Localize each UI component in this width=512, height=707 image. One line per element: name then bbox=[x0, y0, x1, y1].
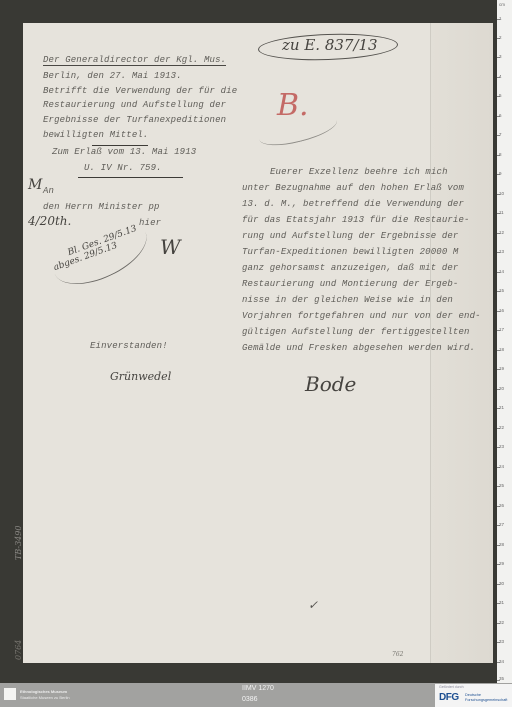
ruler-mark: 13 bbox=[499, 249, 504, 254]
funder-name-line-2: Forschungsgemeinschaft bbox=[465, 698, 507, 703]
funder-caption: Gefördert durch bbox=[439, 685, 464, 689]
reference-number: U. IV Nr. 759. bbox=[84, 163, 162, 173]
dfg-funder-badge: Gefördert durch DFG Deutsche Forschungsg… bbox=[435, 684, 512, 707]
body-line-3: 13. d. M., betreffend die Verwendung der bbox=[242, 199, 464, 209]
ruler-mark: 2 bbox=[499, 35, 502, 40]
body-line-8: Restaurierung und Montierung der Ergeb- bbox=[242, 279, 458, 289]
ruler-mark: 4 bbox=[499, 74, 502, 79]
ruler-mark: 7 bbox=[499, 132, 502, 137]
ruler-mark: 3 bbox=[499, 54, 502, 59]
addressee-line-3: hier bbox=[139, 218, 161, 228]
dfg-logo-icon: DFG bbox=[439, 692, 459, 703]
ruler-mark: 25 bbox=[499, 483, 504, 488]
body-line-6: Turfan-Expeditionen bewilligten 20000 M bbox=[242, 247, 458, 257]
subject-line-2: Restaurierung und Aufstellung der bbox=[43, 100, 226, 110]
ruler-mark: 26 bbox=[499, 503, 504, 508]
funder-name: Deutsche Forschungsgemeinschaft bbox=[465, 693, 507, 702]
ruler-mark: 18 bbox=[499, 347, 504, 352]
place-date: Berlin, den 27. Mai 1913. bbox=[43, 71, 182, 81]
ruler-mark: 9 bbox=[499, 171, 502, 176]
approval-signature: Grünwedel bbox=[110, 370, 171, 383]
ruler-mark: 32 bbox=[499, 620, 504, 625]
institution-parent: Staatliche Museen zu Berlin bbox=[20, 695, 70, 700]
subject-line-1: Betrifft die Verwendung der für die bbox=[43, 86, 237, 96]
body-line-1: Euerer Exzellenz beehre ich mich bbox=[270, 167, 448, 177]
ruler-mark: 35 bbox=[499, 676, 504, 681]
body-line-4: für das Etatsjahr 1913 für die Restaurie… bbox=[242, 215, 470, 225]
ruler-unit: cm bbox=[499, 2, 505, 7]
ruler-mark: 27 bbox=[499, 522, 504, 527]
ruler-mark: 15 bbox=[499, 288, 504, 293]
margin-mark-2: 4/20th. bbox=[28, 214, 71, 228]
addressee-line-2: den Herrn Minister pp bbox=[43, 202, 160, 212]
addressee-line-1: An bbox=[43, 186, 54, 196]
ruler-mark: 17 bbox=[499, 327, 504, 332]
initials-mark: W bbox=[160, 235, 181, 259]
ruler-mark: 1 bbox=[499, 16, 502, 21]
approval-text: Einverstanden! bbox=[90, 341, 168, 351]
ruler-mark: 14 bbox=[499, 269, 504, 274]
page-mark: 762 bbox=[392, 651, 403, 658]
body-line-2: unter Bezugnahme auf den hohen Erlaß vom bbox=[242, 183, 464, 193]
ruler-mark: 23 bbox=[499, 444, 504, 449]
check-mark-icon: ✓ bbox=[308, 598, 318, 612]
page-number: 0386 bbox=[242, 696, 258, 703]
museum-logo-icon bbox=[4, 688, 16, 700]
cm-ruler: cm 1 2 3 4 5 6 7 8 9 10 11 12 13 14 15 1… bbox=[497, 0, 512, 683]
body-line-9: nisse in der gleichen Weise wie in den bbox=[242, 295, 453, 305]
ruler-mark: 5 bbox=[499, 93, 502, 98]
ruler-mark: 30 bbox=[499, 581, 504, 586]
ruler-mark: 10 bbox=[499, 191, 504, 196]
ruler-mark: 8 bbox=[499, 152, 502, 157]
ruler-mark: 22 bbox=[499, 425, 504, 430]
ruler-mark: 21 bbox=[499, 405, 504, 410]
shelfmark-vertical-1: TB-3490 bbox=[14, 526, 23, 560]
body-line-12: Gemälde und Fresken abgesehen werden wir… bbox=[242, 343, 475, 353]
ruler-mark: 33 bbox=[499, 639, 504, 644]
ruler-mark: 12 bbox=[499, 230, 504, 235]
shelfmark-vertical-2: 0764 bbox=[14, 640, 23, 660]
ruler-mark: 24 bbox=[499, 464, 504, 469]
subject-line-4: bewilligten Mittel. bbox=[43, 130, 148, 140]
archive-stamp-text: zu E. 837/13 bbox=[282, 36, 378, 54]
reference-underline bbox=[78, 177, 183, 178]
ruler-mark: 34 bbox=[499, 659, 504, 664]
body-line-11: gültigen Aufstellung der fertiggestellte… bbox=[242, 327, 470, 337]
ruler-mark: 28 bbox=[499, 542, 504, 547]
ruler-mark: 19 bbox=[499, 366, 504, 371]
institution-name: Ethnologisches Museum bbox=[20, 689, 67, 694]
ruler-mark: 6 bbox=[499, 113, 502, 118]
ruler-mark: 16 bbox=[499, 308, 504, 313]
ruler-mark: 11 bbox=[499, 210, 504, 215]
body-line-10: Vorjahren fortgefahren und nur von der e… bbox=[242, 311, 481, 321]
subject-line-3: Ergebnisse der Turfanexpeditionen bbox=[43, 115, 226, 125]
subject-underline bbox=[92, 145, 148, 146]
main-signature: Bode bbox=[305, 372, 356, 396]
margin-mark-1: M bbox=[28, 177, 42, 193]
body-line-5: rung und Aufstellung der Ergebnisse der bbox=[242, 231, 458, 241]
ruler-mark: 31 bbox=[499, 600, 504, 605]
shelfmark-label: IIMV 1270 bbox=[242, 685, 274, 692]
reference-line: Zum Erlaß vom 13. Mai 1913 bbox=[52, 147, 196, 157]
body-line-7: ganz gehorsamst anzuzeigen, daß mit der bbox=[242, 263, 458, 273]
ruler-mark: 29 bbox=[499, 561, 504, 566]
ruler-mark: 20 bbox=[499, 386, 504, 391]
footer-bar: Ethnologisches Museum Staatliche Museen … bbox=[0, 683, 512, 707]
sender-line: Der Generaldirector der Kgl. Mus. bbox=[43, 55, 226, 66]
